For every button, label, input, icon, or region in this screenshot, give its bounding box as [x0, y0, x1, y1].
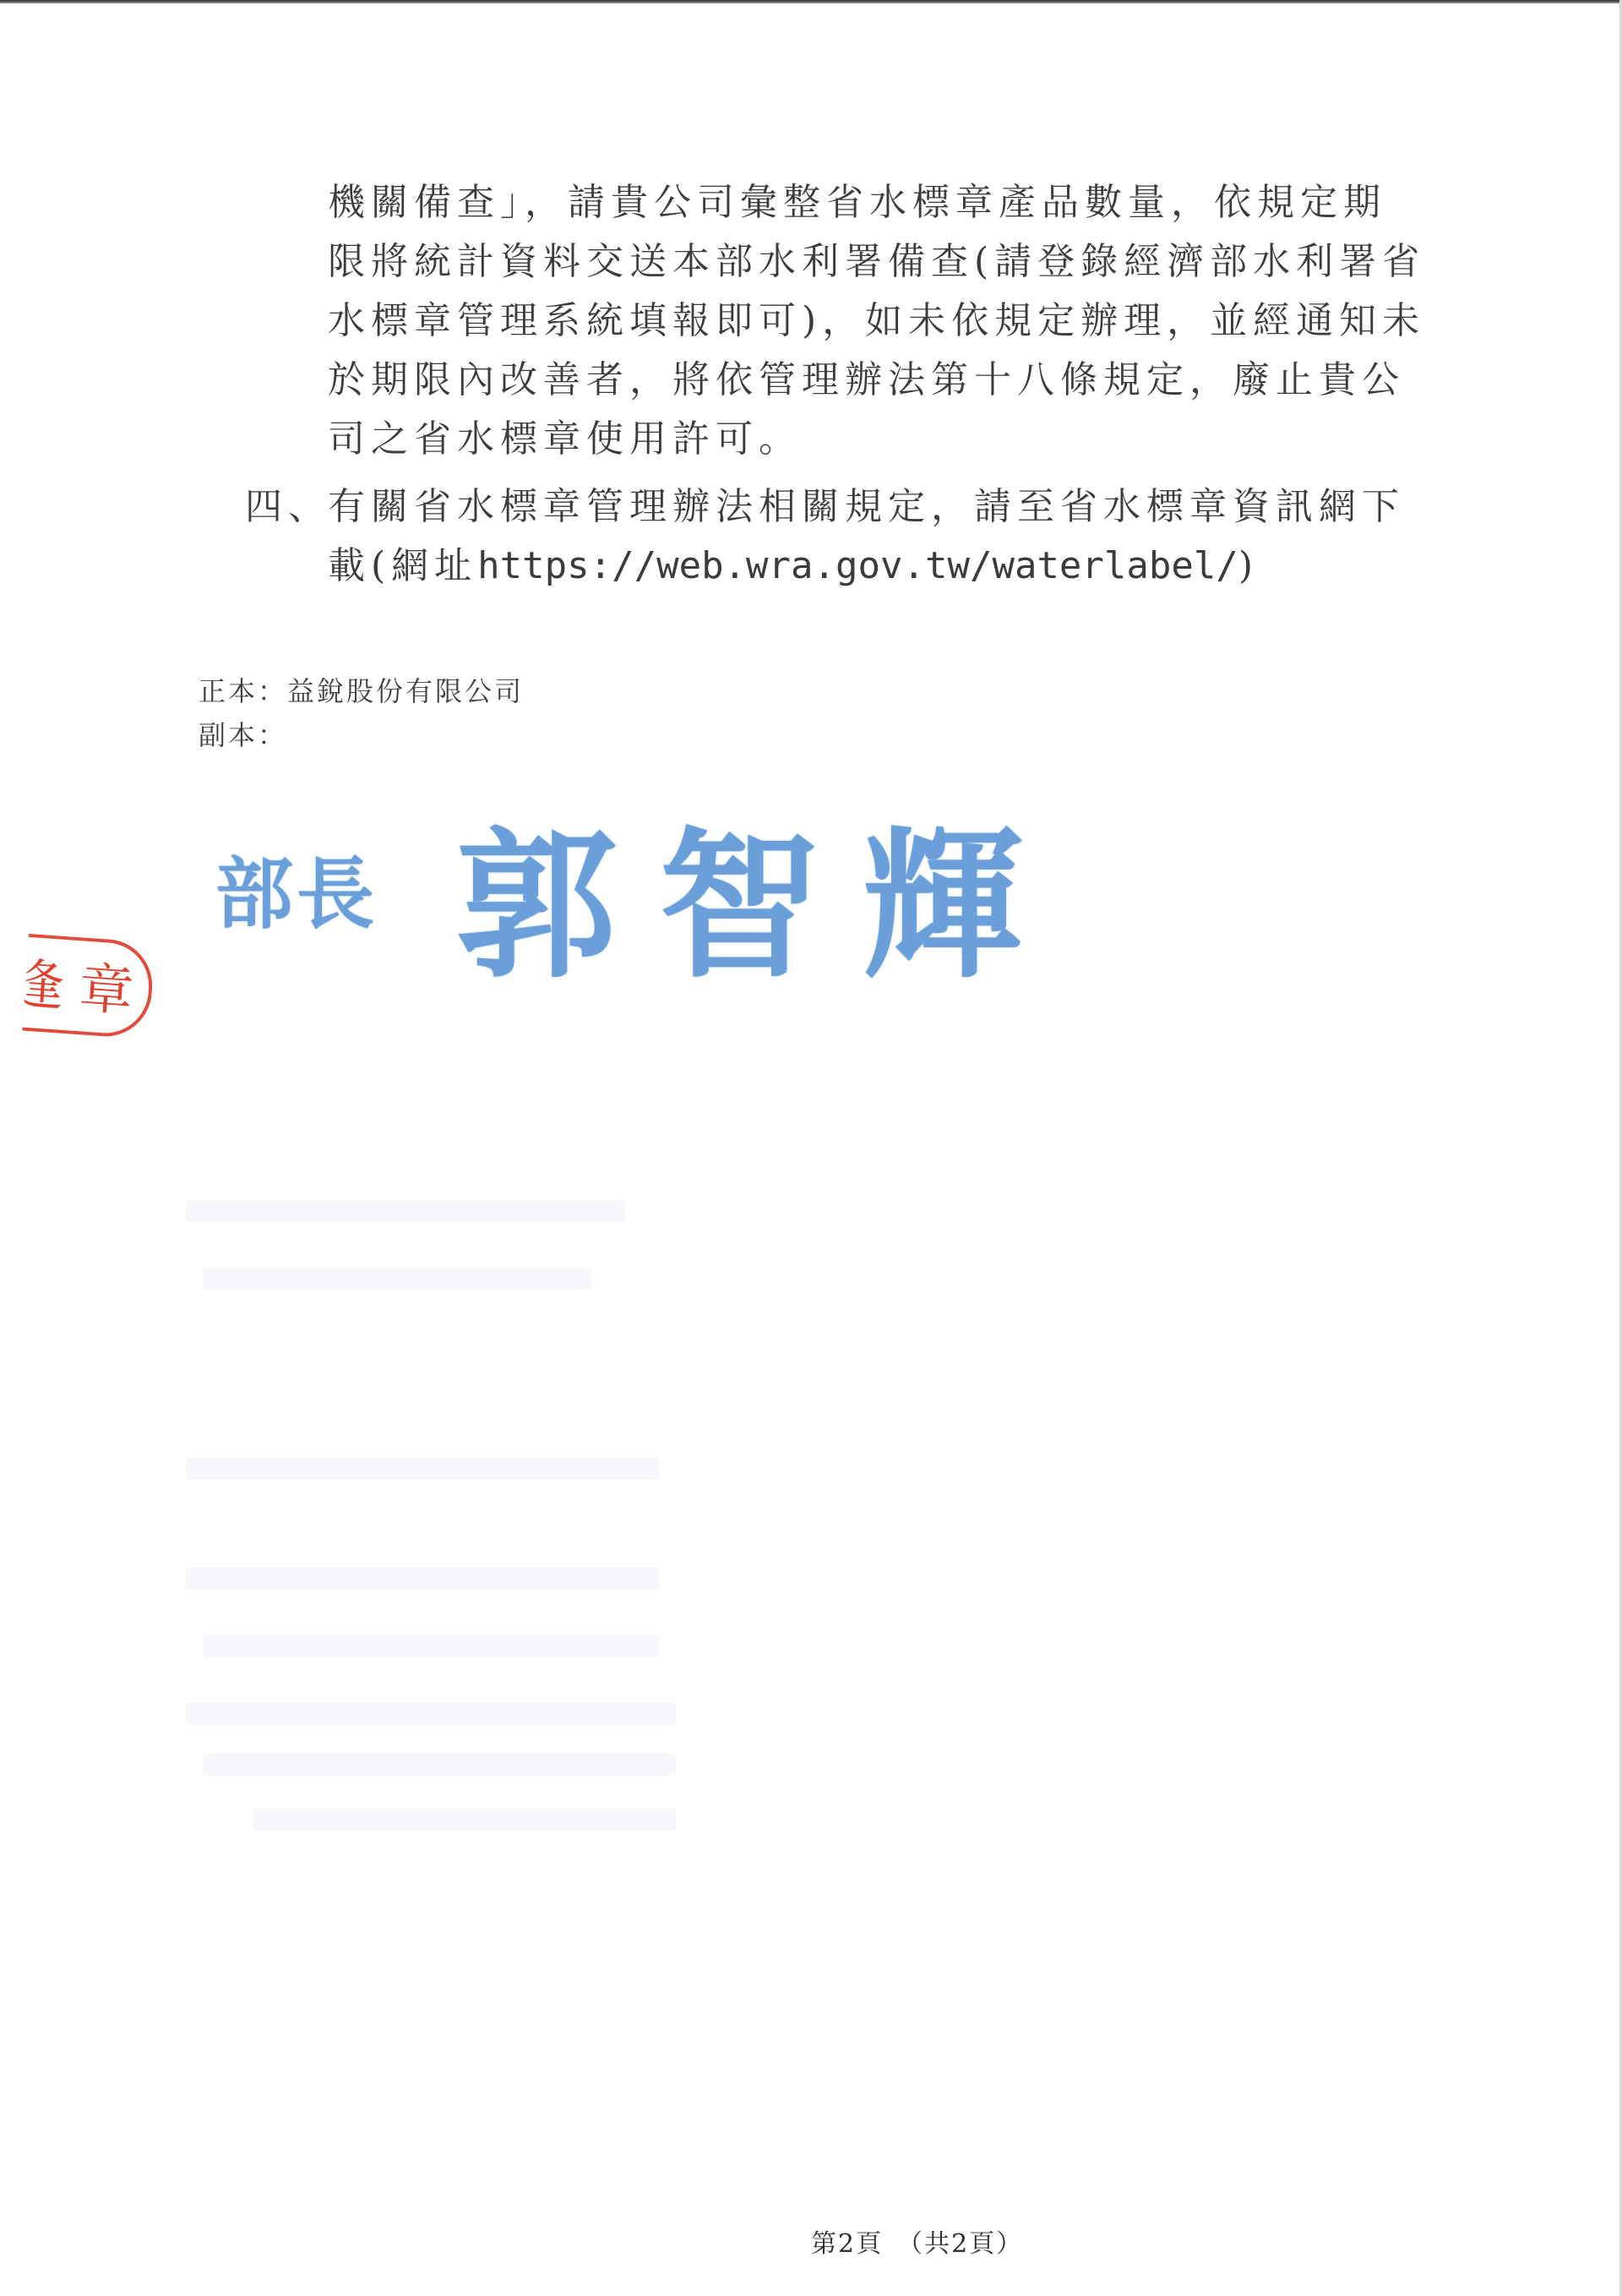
seal-text: 逢章 — [22, 936, 151, 1039]
original-copy-recipient: 益銳股份有限公司 — [287, 675, 524, 707]
duplicate-copy-line: 副本： — [199, 714, 287, 753]
item-number: 四、 — [245, 477, 331, 537]
duplicate-copy-label: 副本： — [199, 719, 287, 751]
item-line: 有關省水標章管理辦法相關規定，請至省水標章資訊網下 — [328, 477, 1405, 537]
waterlabel-url-link[interactable]: https://web.wra.gov.tw/waterlabel/ — [477, 544, 1238, 587]
paragraph-line: 限將統計資料交送本部水利署備查(請登錄經濟部水利署省 — [328, 232, 1425, 292]
red-seal-stamp: 逢章 — [22, 934, 155, 1039]
scan-edge-top — [0, 0, 1622, 3]
continued-paragraph: 機關備查」，請貴公司彙整省水標章產品數量，依規定期 限將統計資料交送本部水利署備… — [328, 173, 1468, 477]
signature-title-stamp: 部長 — [215, 832, 378, 944]
item-line-prefix: 載(網址 — [328, 544, 477, 587]
item-four: 四、 有關省水標章管理辦法相關規定，請至省水標章資訊網下 載(網址https:/… — [245, 477, 1470, 604]
signature-name-stamp: 郭智輝 — [456, 777, 1064, 1008]
paragraph-line: 水標章管理系統填報即可)，如未依規定辦理，並經通知未 — [328, 292, 1425, 351]
paragraph-line: 機關備查」，請貴公司彙整省水標章產品數量，依規定期 — [328, 173, 1386, 232]
original-copy-label: 正本： — [199, 675, 287, 707]
paragraph-line: 司之省水標章使用許可。 — [328, 410, 802, 469]
original-copy-line: 正本：益銳股份有限公司 — [199, 670, 524, 709]
page-indicator: 第2頁 （共2頁） — [811, 2222, 1023, 2260]
paragraph-line: 於期限內改善者，將依管理辦法第十八條規定，廢止貴公 — [328, 351, 1405, 410]
item-line-closing: ) — [1238, 544, 1259, 587]
item-line-url: 載(網址https://web.wra.gov.tw/waterlabel/) — [328, 537, 1259, 596]
